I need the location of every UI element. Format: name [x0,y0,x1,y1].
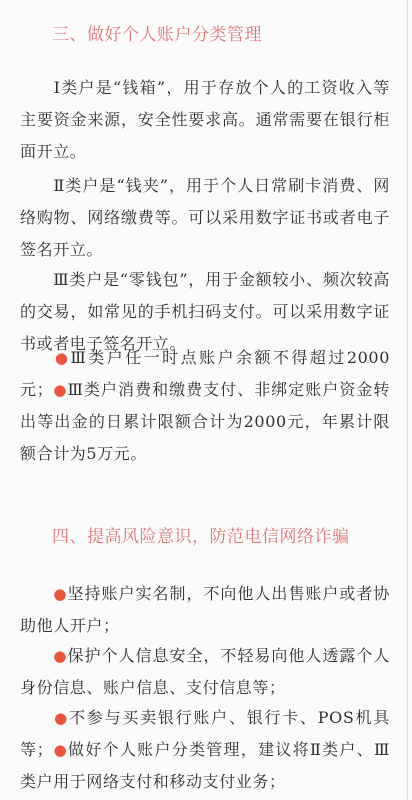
paragraph-class-2-account: Ⅱ类户是“钱夹”，用于个人日常刷卡消费、网络购物、网络缴费等。可以采用数字证书或… [20,170,390,266]
bullet-dot-icon: ● [53,585,67,603]
bullet-dot-icon: ● [53,741,68,759]
page-edge-divider [407,0,408,800]
bullet-real-name-account: ●坚持账户实名制，不向他人出售账户或者协助他人开户； [20,578,390,642]
paragraph-class-1-account: Ⅰ类户是“钱箱”，用于存放个人的工资收入等主要资金来源，安全性要求高。通常需要在… [20,72,390,168]
bullet-account-classification: ●做好个人账户分类管理，建议将Ⅱ类户、Ⅲ类户用于网络支付和移动支付业务； [20,734,390,798]
bullet-dot-icon: ● [53,647,67,665]
section-4-heading: 四、提高风险意识，防范电信网络诈骗 [52,522,350,547]
bullet-dot-icon: ● [53,349,70,367]
bullet-class-3-payment-limit: ●Ⅲ类户消费和缴费支付、非绑定账户资金转出等出金的日累计限额合计为2000元，年… [20,374,390,470]
section-3-heading: 三、做好个人账户分类管理 [52,20,262,45]
bullet-dot-icon: ● [53,381,68,399]
bullet-protect-personal-info: ●保护个人信息安全，不轻易向他人透露个人身份信息、账户信息、支付信息等； [20,640,390,704]
bullet-dot-icon: ● [53,709,69,727]
